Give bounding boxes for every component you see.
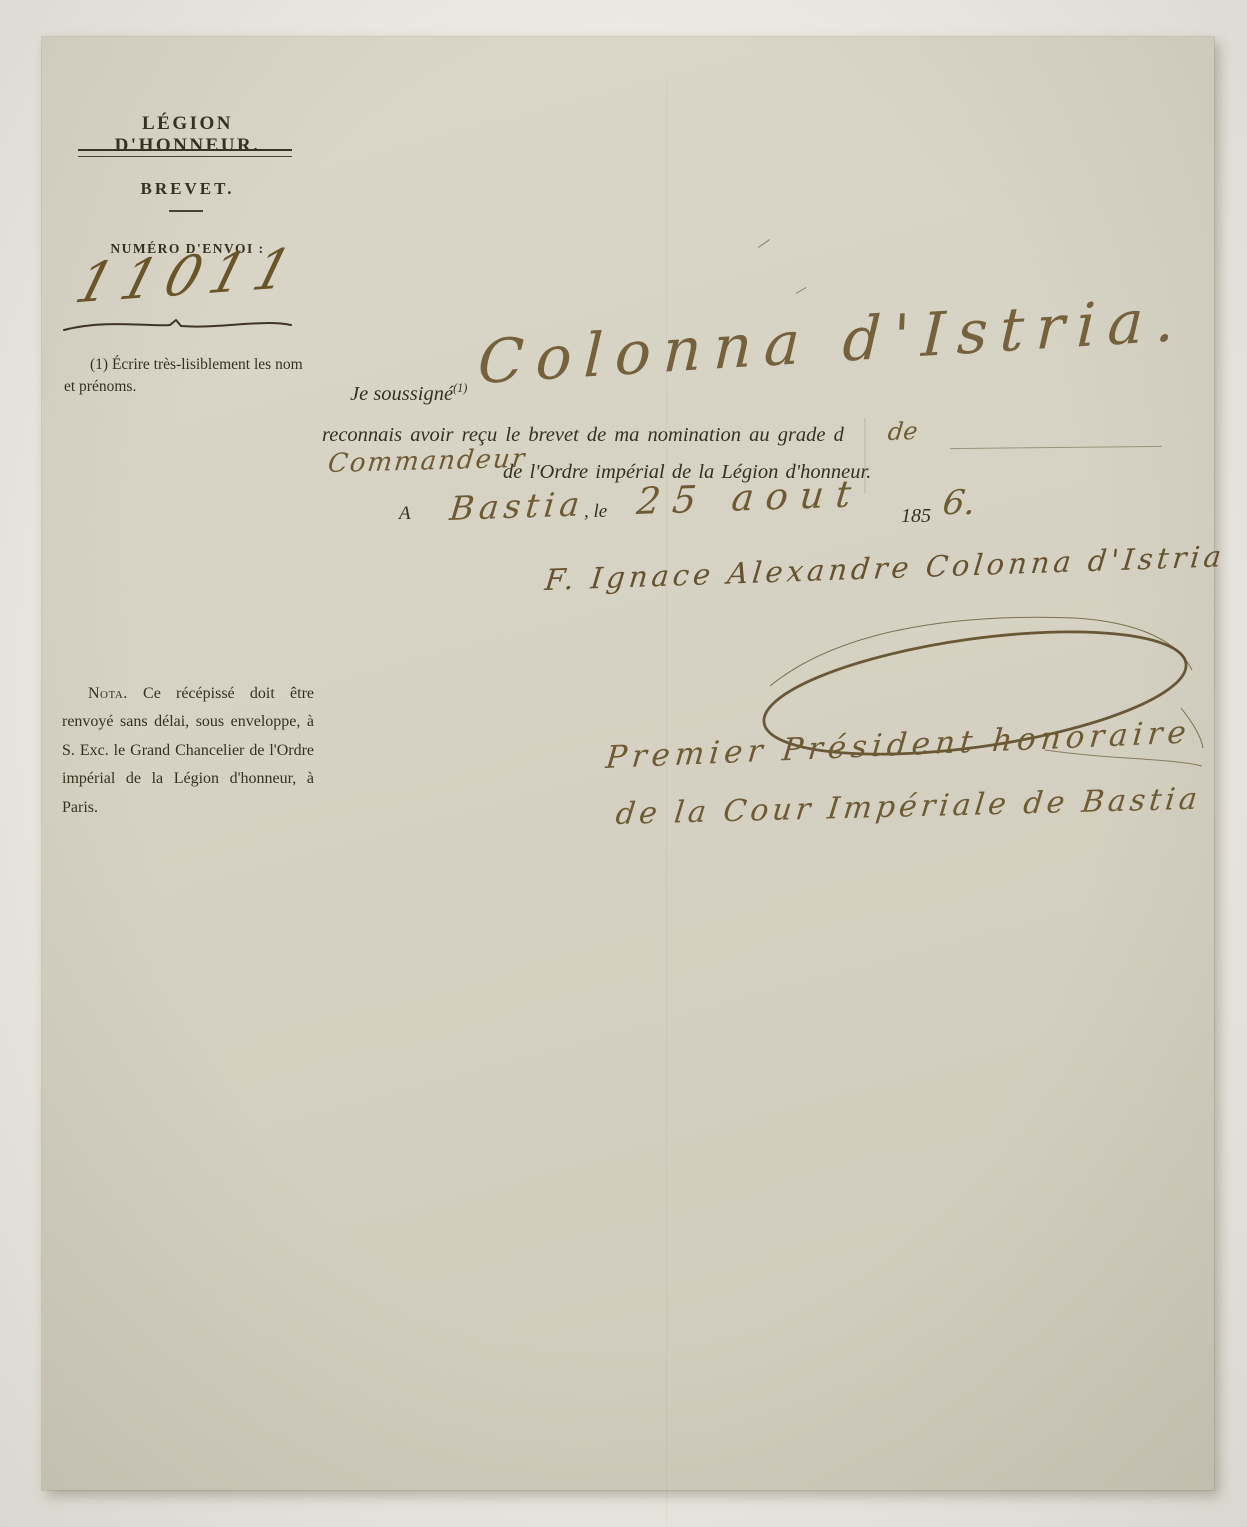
date-handwritten: 25 aout [635,472,865,523]
nota-text: Ce récépissé doit être renvoyé sans déla… [62,685,314,816]
nota-block: Nota. Ce récépissé doit être renvoyé san… [62,680,314,822]
masthead-small-rule [169,210,203,212]
grade-handwritten: Commandeur [326,444,528,479]
place-handwritten: Bastia [448,484,586,528]
opening-footnote-ref: (1) [453,381,467,395]
grade-suffix-handwritten: de [887,417,920,446]
acknowledgement-line: reconnais avoir reçu le brevet de ma nom… [322,424,844,447]
nota-label: Nota. [88,685,128,702]
footnote: (1) Écrire très-lisiblement les nom et p… [64,354,316,399]
date-label: , le [584,501,607,523]
masthead-double-rule [78,149,292,157]
masthead-document-type: BREVET. [70,179,305,199]
place-label: A [399,503,411,525]
footnote-ref: (1) [90,356,108,373]
envoi-underline-flourish [60,315,295,337]
year-digit-handwritten: 6. [940,483,978,523]
opening-printed-text: Je soussigné [350,383,453,405]
year-printed: 185 [901,505,931,528]
scanned-photo-backing: LÉGION D'HONNEUR. BREVET. NUMÉRO D'ENVOI… [0,0,1247,1527]
opening-line: Je soussigné(1) [350,381,467,406]
